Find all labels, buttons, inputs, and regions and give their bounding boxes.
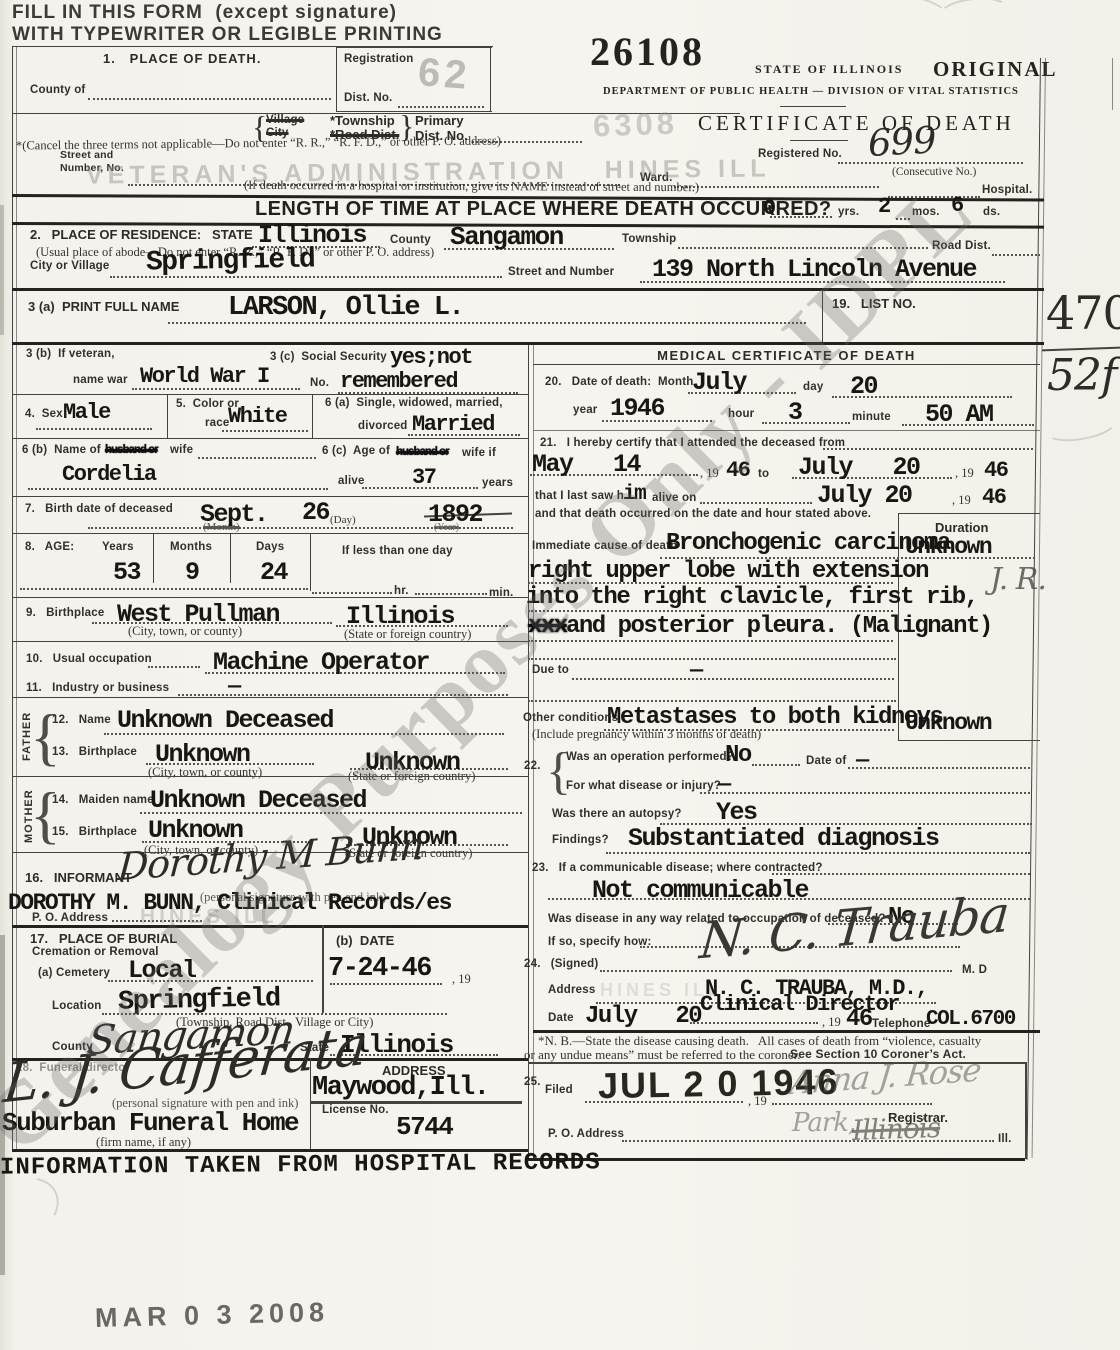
rule bbox=[528, 658, 896, 660]
form-instruction-line2: WITH TYPEWRITER OR LEGIBLE PRINTING bbox=[12, 24, 443, 46]
alive-label: alive bbox=[338, 475, 365, 487]
rule bbox=[336, 47, 337, 111]
specify-how-label: If so, specify how: bbox=[548, 936, 651, 948]
length-days-value: 6 bbox=[951, 193, 963, 218]
city-or-village-label: City or Village bbox=[30, 260, 109, 272]
signed-label: 24. (Signed) bbox=[524, 958, 598, 970]
certify-label: 21. I hereby certify that I attended the… bbox=[540, 437, 845, 449]
scan-artifact bbox=[1112, 58, 1113, 110]
telephone-label: Telephone bbox=[872, 1018, 930, 1030]
last-saw-fill: im bbox=[623, 483, 645, 506]
rule bbox=[12, 438, 528, 439]
registered-no-value-handwritten: 699 bbox=[867, 118, 937, 164]
death-certificate-scan: FILL IN THIS FORM (except signature) WIT… bbox=[0, 0, 1120, 1350]
saw-19-label: , 19 bbox=[952, 493, 971, 508]
signed-year-value: 46 bbox=[846, 1006, 872, 1033]
rule bbox=[752, 764, 800, 766]
signed-date-label: Date bbox=[548, 1012, 574, 1024]
rule bbox=[167, 394, 168, 438]
death-minute-label: minute bbox=[852, 411, 891, 423]
primary-dist-stamp: 6308 bbox=[592, 106, 678, 145]
margin-initials: J. R. bbox=[990, 562, 1046, 597]
communicable-answer: Not communicable bbox=[592, 876, 808, 905]
center-divider bbox=[528, 342, 529, 1160]
age-years-value: 53 bbox=[113, 558, 140, 587]
margin-number-top: 470 bbox=[1046, 286, 1120, 340]
last-saw-label2: alive on bbox=[652, 492, 696, 504]
rule bbox=[88, 98, 331, 100]
rule bbox=[12, 697, 528, 698]
last-saw-year: 46 bbox=[982, 485, 1005, 510]
age-months-header: Months bbox=[170, 541, 212, 553]
social-security-value2: remembered bbox=[340, 369, 457, 394]
rule bbox=[336, 47, 492, 48]
mother-name-label: 14. Maiden name bbox=[52, 794, 154, 806]
other-conditions-label: Other conditions bbox=[523, 712, 618, 724]
race-value: White bbox=[228, 404, 287, 429]
telephone-value: COL.6700 bbox=[926, 1008, 1015, 1031]
signed-19-label: , 19 bbox=[822, 1015, 841, 1030]
physician-address-label: Address bbox=[548, 984, 595, 996]
rule bbox=[322, 925, 324, 1013]
cause-duration-value: Unknown bbox=[905, 534, 991, 560]
attended-to-year: 46 bbox=[984, 458, 1007, 483]
informant-typed-name: DOROTHY M. BUNN, Clinical Records/es bbox=[8, 890, 451, 916]
serial-number: 26108 bbox=[590, 28, 705, 75]
length-of-time-title: LENGTH OF TIME AT PLACE WHERE DEATH OCCU… bbox=[255, 198, 832, 221]
age-months-value: 9 bbox=[185, 558, 199, 587]
cause-line4-struck: xxx bbox=[528, 613, 567, 640]
wife-if-label: wife if bbox=[462, 447, 496, 459]
county-of-label: County of bbox=[30, 84, 85, 96]
disease-question: For what disease or injury? bbox=[566, 780, 721, 792]
spouse-name-label: 6 (b) Name of bbox=[22, 444, 101, 456]
rule bbox=[600, 970, 952, 972]
rule bbox=[992, 254, 1040, 256]
birthplace-state-value: Illinois bbox=[346, 602, 454, 631]
rule bbox=[12, 533, 528, 534]
findings-value: Substantiated diagnosis bbox=[628, 824, 939, 853]
rule bbox=[222, 430, 308, 432]
date-of-value: — bbox=[856, 748, 868, 773]
findings-label: Findings? bbox=[552, 834, 609, 846]
rule bbox=[772, 1103, 932, 1105]
death-hour-value: 3 bbox=[788, 398, 802, 427]
other-conditions-value: Metastases to both kidneys bbox=[607, 704, 942, 731]
mother-name-value: Unknown Deceased bbox=[150, 786, 366, 815]
rule bbox=[528, 640, 893, 642]
ill-label: Ill. bbox=[998, 1133, 1012, 1145]
father-birthplace-city: Unknown bbox=[155, 740, 250, 769]
death-minute-value: 50 AM bbox=[925, 400, 993, 429]
yrs-label: yrs. bbox=[838, 206, 859, 218]
rule bbox=[790, 140, 848, 141]
q25-number: 25. bbox=[524, 1076, 541, 1088]
mos-label: mos. bbox=[912, 206, 940, 218]
margin-number-bottom: 52f bbox=[1047, 350, 1116, 401]
social-security-label: 3 (c) Social Security bbox=[270, 351, 387, 363]
mother-brace: { bbox=[30, 778, 61, 852]
other-duration-value: Unknown bbox=[905, 710, 991, 736]
street-number-label: Street and Number bbox=[508, 266, 614, 278]
rule bbox=[12, 597, 528, 598]
autopsy-question: Was there an autopsy? bbox=[552, 808, 682, 820]
registrar-place-script: Park, bbox=[792, 1108, 855, 1138]
cause-line2: right upper lobe with extension bbox=[528, 558, 928, 585]
rule bbox=[153, 533, 154, 583]
rule bbox=[572, 678, 894, 680]
scan-artifact bbox=[0, 205, 4, 335]
rule bbox=[700, 502, 812, 504]
due-to-label: Due to bbox=[532, 664, 569, 676]
rule bbox=[896, 218, 910, 220]
medical-certificate-title: MEDICAL CERTIFICATE OF DEATH bbox=[533, 348, 1040, 363]
wife-label: wife bbox=[170, 444, 193, 456]
dist-no-label: Dist. No. bbox=[344, 92, 392, 104]
residence-label: 2. PLACE OF RESIDENCE: STATE bbox=[30, 227, 253, 242]
rule bbox=[690, 1022, 818, 1024]
from-19-label: , 19 bbox=[700, 466, 719, 481]
filed-po-address-label: P. O. Address bbox=[548, 1128, 624, 1140]
license-no-label: License No. bbox=[322, 1104, 389, 1116]
burial-location-label: Location bbox=[52, 1000, 102, 1012]
rule bbox=[490, 47, 491, 111]
rule bbox=[1025, 1062, 1027, 1159]
rule bbox=[678, 247, 928, 249]
father-name-label: 12. Name bbox=[52, 714, 111, 726]
industry-value: — bbox=[228, 674, 240, 699]
death-day-label: day bbox=[803, 381, 823, 393]
rule bbox=[12, 394, 528, 395]
rule bbox=[230, 533, 231, 583]
death-hour-label: hour bbox=[728, 408, 754, 420]
immediate-cause-label: Immediate cause of death bbox=[532, 540, 677, 552]
sex-label: 4. Sex bbox=[25, 408, 63, 420]
rule bbox=[12, 641, 528, 642]
signed-date-value: July 20 bbox=[585, 1003, 701, 1030]
hospital-records-stamp: INFORMATION TAKEN FROM HOSPITAL RECORDS bbox=[0, 1149, 601, 1181]
rule bbox=[848, 767, 1030, 769]
pencil-mark bbox=[853, 0, 951, 34]
day-sublabel: (Day) bbox=[330, 514, 356, 526]
rule bbox=[770, 216, 832, 218]
residence-township-label: Township bbox=[622, 233, 676, 245]
marital-value: Married bbox=[412, 412, 494, 437]
cause-line4: and posterior pleura. (Malignant) bbox=[566, 613, 992, 640]
death-month-value: July bbox=[692, 368, 746, 397]
due-to-value: — bbox=[690, 658, 702, 683]
attended-to-value: July 20 bbox=[798, 453, 920, 482]
last-saw-date: July 20 bbox=[817, 481, 912, 510]
nb-note-line2: or any undue means” must be referred to … bbox=[524, 1047, 801, 1063]
age-days-header: Days bbox=[256, 541, 284, 553]
years-label: years bbox=[482, 477, 513, 489]
birth-month-value: Sept. bbox=[200, 500, 268, 529]
md-label: M. D bbox=[962, 964, 987, 976]
place-of-death-title: 1. PLACE OF DEATH. bbox=[103, 51, 261, 66]
age-days-value: 24 bbox=[260, 558, 287, 587]
birth-day-value: 26 bbox=[302, 498, 329, 527]
rule bbox=[28, 488, 328, 490]
to-19-label: , 19 bbox=[955, 466, 974, 481]
township-label: *Township bbox=[330, 113, 395, 128]
rule bbox=[310, 533, 311, 591]
cemetery-label: (a) Cemetery bbox=[38, 967, 110, 979]
burial-date-value: 7-24-46 bbox=[328, 954, 431, 984]
received-date-stamp: MAR 0 3 2008 bbox=[95, 1297, 330, 1334]
rule bbox=[528, 700, 896, 702]
mother-birthplace-label: 15. Birthplace bbox=[52, 826, 137, 838]
rule bbox=[823, 448, 1033, 450]
autopsy-answer: Yes bbox=[716, 798, 757, 827]
occupation-label: 10. Usual occupation bbox=[26, 653, 152, 665]
print-full-name-label: 3 (a) PRINT FULL NAME bbox=[28, 299, 179, 314]
attended-from-year: 46 bbox=[726, 458, 749, 483]
social-security-value1: yes;not bbox=[390, 345, 472, 370]
registrar-state-script-struck: Illinois bbox=[851, 1111, 940, 1147]
date-of-label: Date of bbox=[806, 755, 846, 767]
burial-date-label: (b) DATE bbox=[336, 933, 394, 948]
rule bbox=[533, 364, 1040, 365]
pencil-mark bbox=[937, 0, 1012, 32]
rule bbox=[838, 162, 1023, 164]
primary-label: Primary bbox=[415, 113, 463, 128]
rule bbox=[585, 1101, 743, 1103]
rule bbox=[312, 394, 313, 438]
department-title: DEPARTMENT OF PUBLIC HEALTH — DIVISION O… bbox=[603, 86, 1019, 97]
hospital-label: Hospital. bbox=[982, 184, 1032, 196]
industry-label: 11. Industry or business bbox=[26, 682, 169, 694]
rule bbox=[36, 428, 152, 430]
spouse-age-value: 37 bbox=[412, 465, 435, 490]
cause-line3: into the right clavicle, first rib, bbox=[526, 584, 978, 611]
burial-date-19: , 19 bbox=[452, 972, 471, 987]
father-birthplace-label: 13. Birthplace bbox=[52, 746, 137, 758]
state-title: STATE OF ILLINOIS bbox=[755, 62, 903, 77]
veteran-war-value: World War I bbox=[140, 364, 269, 389]
to-label: to bbox=[758, 468, 769, 480]
birthplace-label: 9. Birthplace bbox=[26, 607, 104, 619]
birthplace-city-value: West Pullman bbox=[117, 600, 279, 629]
duration-box-top bbox=[898, 513, 1040, 514]
birth-year-value: 1892 bbox=[428, 500, 482, 529]
rule bbox=[148, 666, 200, 668]
operation-question: Was an operation performed? bbox=[566, 751, 734, 763]
hr-label: hr. bbox=[394, 585, 409, 597]
spouse-age-label: 6 (c) Age of bbox=[322, 445, 390, 457]
birth-date-label: 7. Birth date of deceased bbox=[25, 503, 173, 515]
rule bbox=[772, 873, 1030, 875]
death-year-label: year bbox=[573, 404, 597, 416]
certificate-title: CERTIFICATE OF DEATH bbox=[698, 111, 1015, 136]
death-year-value: 1946 bbox=[610, 394, 664, 423]
residence-city-value: Springfield bbox=[146, 245, 315, 279]
race-label: race bbox=[205, 417, 229, 429]
husband-or-struck2: husband or bbox=[396, 446, 449, 458]
husband-or-struck: husband or bbox=[105, 444, 158, 456]
full-name-value: LARSON, Ollie L. bbox=[228, 293, 463, 323]
cemetery-value: Local bbox=[128, 956, 196, 985]
marital-label1: 6 (a) Single, widowed, married, bbox=[325, 397, 503, 409]
date-of-death-label: 20. Date of death: Month bbox=[545, 376, 694, 388]
rule bbox=[700, 792, 1030, 794]
father-brace: { bbox=[30, 700, 61, 774]
rule bbox=[12, 342, 1044, 345]
residence-county-value: Sangamon bbox=[450, 222, 563, 252]
father-birthplace-state: Unknown bbox=[365, 748, 460, 777]
length-months-value: 2 bbox=[878, 194, 890, 219]
form-instruction-line1: FILL IN THIS FORM (except signature) bbox=[12, 2, 397, 24]
rule bbox=[415, 593, 487, 595]
ds-label: ds. bbox=[983, 206, 1000, 218]
rule bbox=[312, 592, 392, 594]
filed-19-label: , 19 bbox=[748, 1094, 767, 1109]
occupation-value: Machine Operator bbox=[213, 648, 429, 677]
license-no-value: 5744 bbox=[396, 1112, 452, 1142]
disease-answer: — bbox=[718, 772, 730, 797]
residence-road-dist-label: Road Dist. bbox=[932, 240, 991, 252]
spouse-name-value: Cordelia bbox=[62, 462, 156, 487]
registration-label: Registration bbox=[344, 53, 414, 65]
attended-from-value: May 14 bbox=[532, 450, 640, 479]
rule bbox=[20, 588, 308, 590]
veteran-label2: name war bbox=[73, 374, 128, 386]
operation-answer: No bbox=[725, 742, 751, 769]
duration-box-bottom bbox=[898, 740, 1040, 741]
last-saw-label1: that I last saw h bbox=[535, 490, 624, 502]
rule bbox=[822, 290, 823, 343]
rule bbox=[780, 106, 846, 107]
burial-title: 17. PLACE OF BURIAL bbox=[30, 931, 177, 946]
death-day-value: 20 bbox=[850, 372, 877, 401]
less-than-day-header: If less than one day bbox=[342, 545, 453, 557]
no-label: No. bbox=[310, 377, 329, 389]
registered-no-label: Registered No. bbox=[758, 148, 842, 160]
sex-value: Male bbox=[63, 400, 110, 425]
village-label-struck: Village bbox=[266, 114, 304, 126]
veteran-label1: 3 (b) If veteran, bbox=[26, 348, 115, 360]
registration-dist-stamp: 62 bbox=[416, 50, 472, 99]
filed-label: Filed bbox=[545, 1084, 573, 1096]
rule bbox=[12, 496, 528, 497]
rule bbox=[762, 422, 850, 424]
q22-number: 22. bbox=[524, 760, 541, 772]
rule bbox=[533, 430, 1040, 431]
residence-street-value: 139 North Lincoln Avenue bbox=[652, 255, 976, 284]
age-label: 8. AGE: bbox=[25, 541, 74, 553]
rule bbox=[528, 1158, 1025, 1161]
list-no-label: 19. LIST NO. bbox=[832, 296, 916, 311]
rule bbox=[198, 457, 316, 459]
rule bbox=[674, 186, 879, 188]
age-years-header: Years bbox=[102, 541, 134, 553]
rule bbox=[12, 288, 1044, 291]
consecutive-no-label: (Consecutive No.) bbox=[892, 166, 976, 178]
street-and-label: Street and bbox=[60, 149, 113, 161]
pencil-mark bbox=[1042, 406, 1120, 446]
divorced-label: divorced bbox=[358, 420, 408, 432]
father-name-value: Unknown Deceased bbox=[117, 706, 333, 735]
funeral-firm-value: Suburban Funeral Home bbox=[2, 1108, 298, 1138]
length-years-value: 0 bbox=[763, 196, 775, 221]
